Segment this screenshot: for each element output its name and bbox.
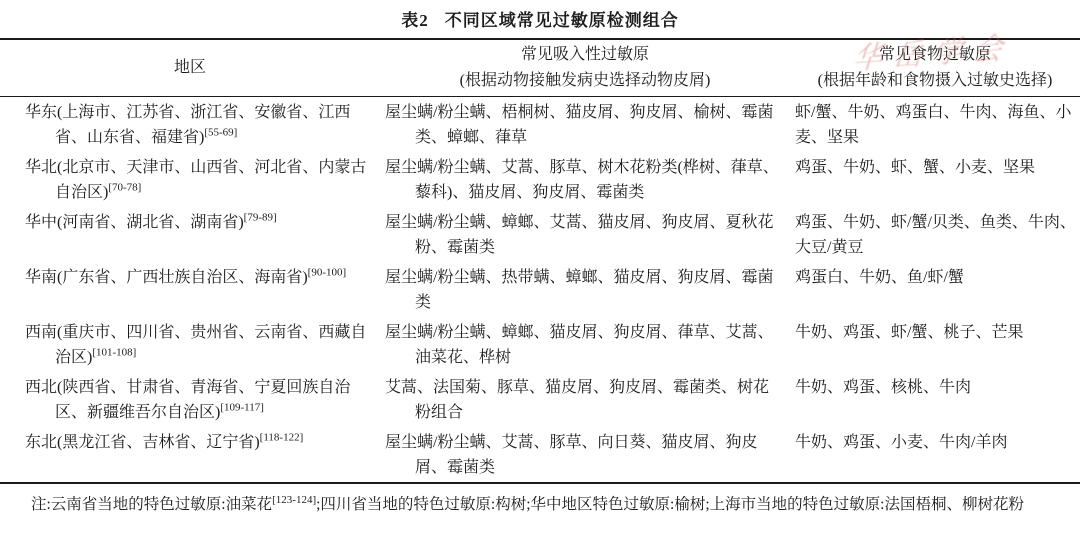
- header-food-title: 常见食物过敏原: [790, 42, 1080, 68]
- region-text: 华东(上海市、江苏省、浙江省、安徽省、江西省、山东省、福建省): [25, 104, 350, 146]
- inhalant-cell: 屋尘螨/粉尘螨、艾蒿、豚草、向日葵、猫皮屑、狗皮屑、霉菌类: [380, 427, 790, 483]
- inhalant-cell: 屋尘螨/粉尘螨、蟑螂、猫皮屑、狗皮屑、葎草、艾蒿、油菜花、桦树: [380, 317, 790, 372]
- region-cell: 西北(陕西省、甘肃省、青海省、宁夏回族自治区、新疆维吾尔自治区)[109-117…: [0, 372, 380, 427]
- region-cell: 华南(广东省、广西壮族自治区、海南省)[90-100]: [0, 262, 380, 317]
- region-cell: 西南(重庆市、四川省、贵州省、云南省、西藏自治区)[101-108]: [0, 317, 380, 372]
- citation-ref: [90-100]: [308, 267, 347, 279]
- citation-ref: [79-89]: [244, 212, 277, 224]
- table-row: 华南(广东省、广西壮族自治区、海南省)[90-100] 屋尘螨/粉尘螨、热带螨、…: [0, 262, 1080, 317]
- region-cell: 华北(北京市、天津市、山西省、河北省、内蒙古自治区)[70-78]: [0, 152, 380, 207]
- region-cell: 华中(河南省、湖北省、湖南省)[79-89]: [0, 207, 380, 262]
- citation-ref: [101-108]: [92, 347, 136, 359]
- inhalant-cell: 艾蒿、法国菊、豚草、猫皮屑、狗皮屑、霉菌类、树花粉组合: [380, 372, 790, 427]
- table-row: 东北(黑龙江省、吉林省、辽宁省)[118-122] 屋尘螨/粉尘螨、艾蒿、豚草、…: [0, 427, 1080, 483]
- table-title-text: 不同区域常见过敏原检测组合: [445, 11, 679, 30]
- food-cell: 鸡蛋白、牛奶、鱼/虾/蟹: [790, 262, 1080, 317]
- citation-ref: [118-122]: [260, 432, 304, 444]
- inhalant-cell: 屋尘螨/粉尘螨、热带螨、蟑螂、猫皮屑、狗皮屑、霉菌类: [380, 262, 790, 317]
- header-region: 地区: [0, 39, 380, 97]
- food-cell: 牛奶、鸡蛋、核桃、牛肉: [790, 372, 1080, 427]
- header-inhalant-title: 常见吸入性过敏原: [380, 42, 790, 68]
- region-text: 西北(陕西省、甘肃省、青海省、宁夏回族自治区、新疆维吾尔自治区): [25, 379, 350, 421]
- food-cell: 鸡蛋、牛奶、虾、蟹、小麦、坚果: [790, 152, 1080, 207]
- region-cell: 东北(黑龙江省、吉林省、辽宁省)[118-122]: [0, 427, 380, 483]
- table-row: 西北(陕西省、甘肃省、青海省、宁夏回族自治区、新疆维吾尔自治区)[109-117…: [0, 372, 1080, 427]
- header-food-subtitle: (根据年龄和食物摄入过敏史选择): [790, 68, 1080, 94]
- food-cell: 牛奶、鸡蛋、虾/蟹、桃子、芒果: [790, 317, 1080, 372]
- allergen-region-table: 地区 常见吸入性过敏原 (根据动物接触发病史选择动物皮屑) 常见食物过敏原 (根…: [0, 38, 1080, 484]
- region-text: 华中(河南省、湖北省、湖南省): [25, 214, 244, 231]
- footnote-text-start: 注:云南省当地的特色过敏原:油菜花: [31, 496, 272, 513]
- inhalant-cell: 屋尘螨/粉尘螨、梧桐树、猫皮屑、狗皮屑、榆树、霉菌类、蟑螂、葎草: [380, 97, 790, 153]
- inhalant-cell: 屋尘螨/粉尘螨、艾蒿、豚草、树木花粉类(桦树、葎草、藜科)、猫皮屑、狗皮屑、霉菌…: [380, 152, 790, 207]
- food-cell: 虾/蟹、牛奶、鸡蛋白、牛肉、海鱼、小麦、坚果: [790, 97, 1080, 153]
- table-title: 表2不同区域常见过敏原检测组合: [0, 0, 1080, 38]
- header-row: 地区 常见吸入性过敏原 (根据动物接触发病史选择动物皮屑) 常见食物过敏原 (根…: [0, 39, 1080, 97]
- footnote-text-end: ;四川省当地的特色过敏原:构树;华中地区特色过敏原:榆树;上海市当地的特色过敏原…: [316, 496, 1024, 513]
- table-row: 华东(上海市、江苏省、浙江省、安徽省、江西省、山东省、福建省)[55-69] 屋…: [0, 97, 1080, 153]
- table-row: 华中(河南省、湖北省、湖南省)[79-89] 屋尘螨/粉尘螨、蟑螂、艾蒿、猫皮屑…: [0, 207, 1080, 262]
- table-row: 西南(重庆市、四川省、贵州省、云南省、西藏自治区)[101-108] 屋尘螨/粉…: [0, 317, 1080, 372]
- table-number: 表2: [401, 11, 429, 30]
- food-cell: 鸡蛋、牛奶、虾/蟹/贝类、鱼类、牛肉、大豆/黄豆: [790, 207, 1080, 262]
- citation-ref: [55-69]: [204, 127, 237, 139]
- inhalant-cell: 屋尘螨/粉尘螨、蟑螂、艾蒿、猫皮屑、狗皮屑、夏秋花粉、霉菌类: [380, 207, 790, 262]
- header-inhalant: 常见吸入性过敏原 (根据动物接触发病史选择动物皮屑): [380, 39, 790, 97]
- header-inhalant-subtitle: (根据动物接触发病史选择动物皮屑): [380, 68, 790, 94]
- region-cell: 华东(上海市、江苏省、浙江省、安徽省、江西省、山东省、福建省)[55-69]: [0, 97, 380, 153]
- citation-ref: [123-124]: [272, 494, 316, 506]
- food-cell: 牛奶、鸡蛋、小麦、牛肉/羊肉: [790, 427, 1080, 483]
- region-text: 东北(黑龙江省、吉林省、辽宁省): [25, 434, 260, 451]
- region-text: 华南(广东省、广西壮族自治区、海南省): [25, 269, 308, 286]
- region-text: 华北(北京市、天津市、山西省、河北省、内蒙古自治区): [25, 159, 366, 201]
- citation-ref: [109-117]: [220, 402, 264, 414]
- table-row: 华北(北京市、天津市、山西省、河北省、内蒙古自治区)[70-78] 屋尘螨/粉尘…: [0, 152, 1080, 207]
- header-food: 常见食物过敏原 (根据年龄和食物摄入过敏史选择): [790, 39, 1080, 97]
- citation-ref: [70-78]: [108, 182, 141, 194]
- region-text: 西南(重庆市、四川省、贵州省、云南省、西藏自治区): [25, 324, 366, 366]
- table-footnote: 注:云南省当地的特色过敏原:油菜花[123-124];四川省当地的特色过敏原:构…: [0, 492, 1080, 517]
